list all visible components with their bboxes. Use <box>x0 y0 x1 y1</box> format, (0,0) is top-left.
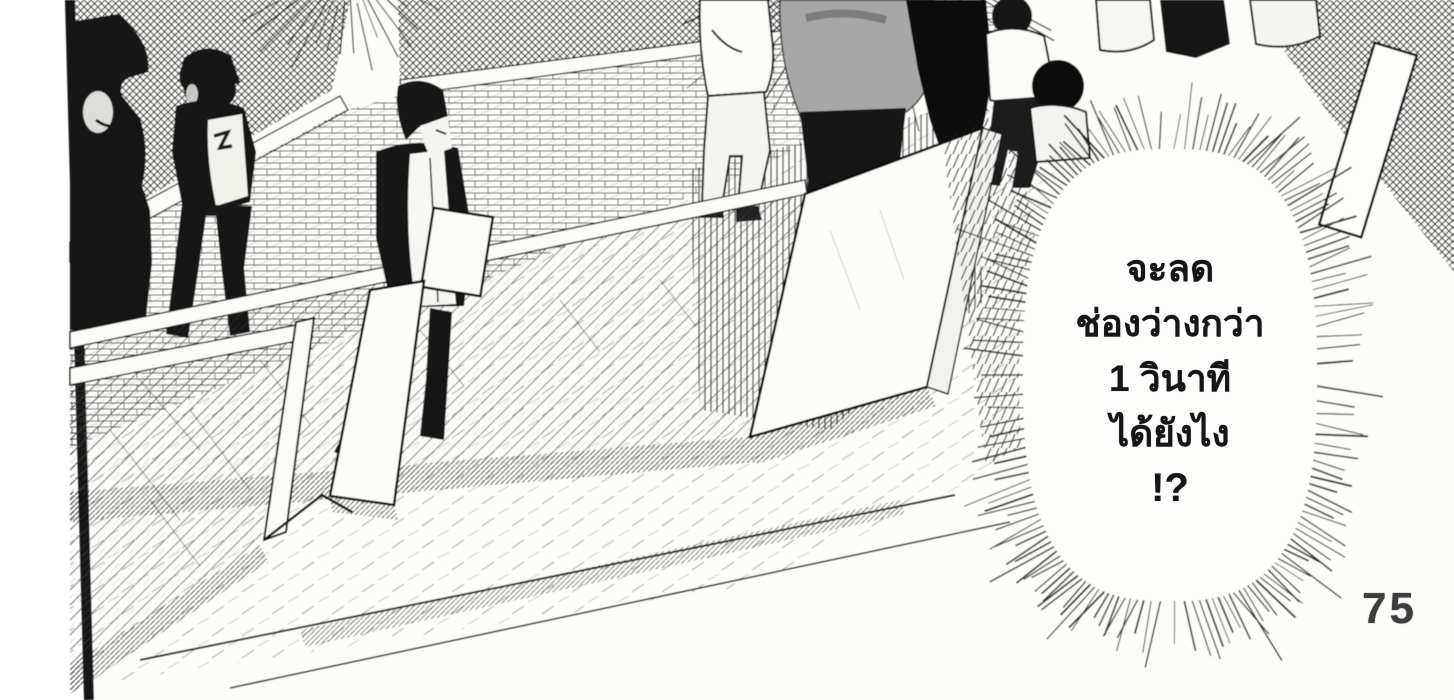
speech-line: ได้ยังไง <box>1008 406 1332 461</box>
crowd-white-pants-man <box>700 0 773 96</box>
figure-far-left <box>70 14 152 332</box>
page-number: 75 <box>1362 584 1417 634</box>
speech-line: จะลด <box>1008 241 1332 296</box>
manga-page: จะลด ช่องว่างกว่า 1 วินาที ได้ยังไง !? 7… <box>0 0 1454 700</box>
briefcase <box>421 208 493 296</box>
speech-bubble-text: จะลด ช่องว่างกว่า 1 วินาที ได้ยังไง !? <box>1008 241 1332 516</box>
speech-line: !? <box>1008 461 1332 516</box>
speech-line: ช่องว่างกว่า <box>1008 296 1332 351</box>
speech-line: 1 วินาที <box>1008 351 1332 406</box>
